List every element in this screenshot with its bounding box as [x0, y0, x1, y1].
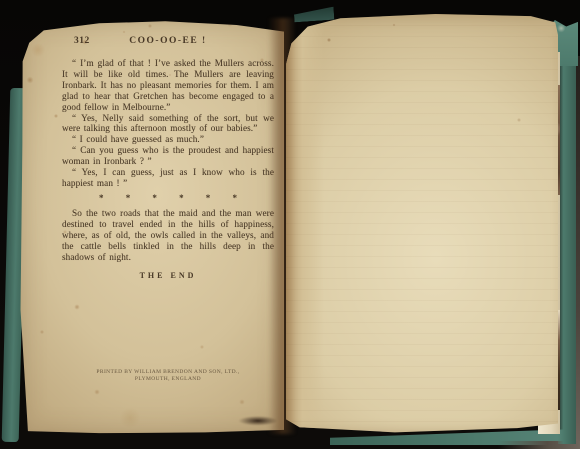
section-break-asterisks: * * * * * * — [99, 193, 237, 203]
book-cover-top-sliver — [294, 7, 335, 23]
printer-imprint-line-1: PRINTED BY WILLIAM BRENDON AND SON, LTD.… — [62, 369, 274, 376]
the-end-label: THE END — [62, 271, 274, 280]
asterisk: * — [152, 193, 157, 203]
open-book-photograph: EO 312 COO-OO-EE ! “ I’m glad of that ! … — [0, 0, 580, 449]
text-block: 312 COO-OO-EE ! “ I’m glad of that ! I’v… — [62, 36, 274, 383]
asterisk: * — [232, 193, 237, 203]
page-number: 312 — [74, 36, 90, 46]
printer-imprint: PRINTED BY WILLIAM BRENDON AND SON, LTD.… — [62, 369, 274, 383]
asterisk: * — [99, 193, 104, 203]
asterisk: * — [179, 193, 184, 203]
dialogue-paragraph-5: “ Yes, I can guess, just as I know who i… — [62, 167, 274, 189]
closing-paragraph: So the two roads that the maid and the m… — [62, 208, 274, 263]
right-blank-page — [286, 14, 558, 434]
asterisk: * — [206, 193, 211, 203]
dialogue-paragraph-2: “ Yes, Nelly said something of the sort,… — [62, 113, 274, 135]
left-printed-page: 312 COO-OO-EE ! “ I’m glad of that ! I’v… — [20, 20, 284, 434]
book-gutter-shadow — [268, 18, 296, 434]
page-header: 312 COO-OO-EE ! — [62, 36, 274, 49]
book-cover-right-edge — [558, 28, 576, 444]
running-title: COO-OO-EE ! — [62, 36, 274, 46]
dialogue-paragraph-1: “ I’m glad of that ! I’ve asked the Mull… — [62, 58, 274, 113]
page-bottom-stain — [226, 412, 284, 428]
dialogue-paragraph-3: “ I could have guessed as much.” — [62, 134, 274, 145]
printer-imprint-line-2: PLYMOUTH, ENGLAND — [62, 376, 274, 383]
dialogue-paragraph-4: “ Can you guess who is the proudest and … — [62, 145, 274, 167]
asterisk: * — [126, 193, 131, 203]
